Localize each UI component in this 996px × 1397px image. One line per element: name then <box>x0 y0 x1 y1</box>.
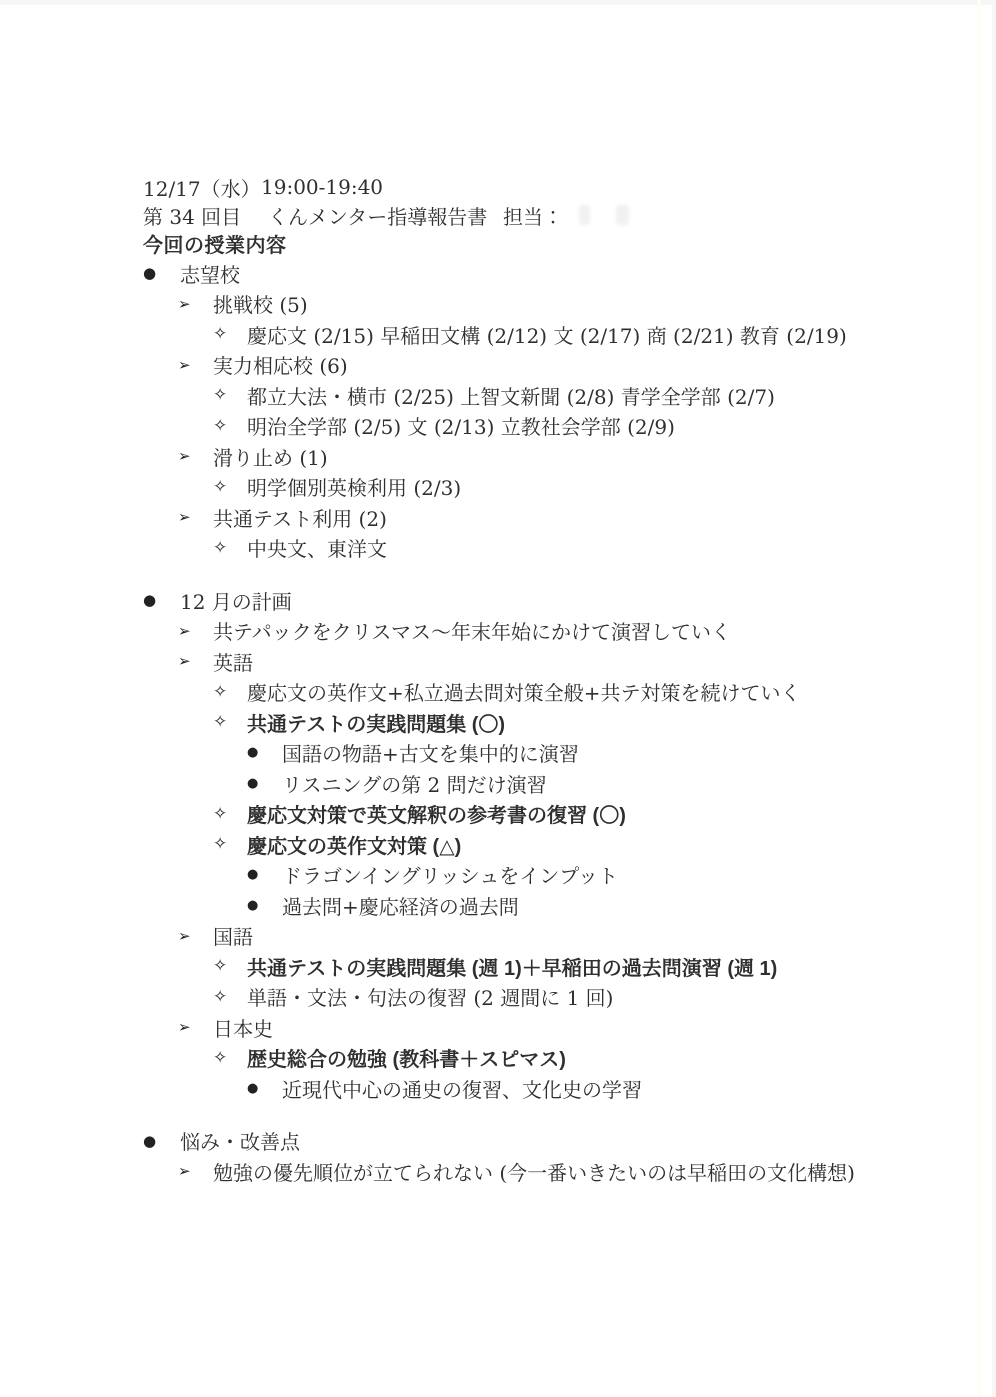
outline-item: ✧慶応文対策で英文解釈の参考書の復習 (〇) <box>143 799 973 830</box>
document-page: { "document": { "date": "12/17（水）", "tim… <box>0 0 996 1397</box>
report-title: くんメンター指導報告書 <box>268 201 503 230</box>
outline-item: ●志望校 <box>143 258 973 289</box>
diamond-bullet-icon: ✧ <box>213 834 247 854</box>
outline-item: ➢勉強の優先順位が立てられない (今一番いきたいのは早稲田の文化構想) <box>143 1156 973 1187</box>
outline-item-text: 勉強の優先順位が立てられない (今一番いきたいのは早稲田の文化構想) <box>213 1157 855 1186</box>
redacted-staff-name <box>579 205 590 225</box>
outline-item: ●12 月の計画 <box>143 585 973 616</box>
outline-item: ✧慶応文 (2/15) 早稲田文構 (2/12) 文 (2/17) 商 (2/2… <box>143 319 973 350</box>
scan-right-warm-line <box>977 0 981 1397</box>
outline-item-text: ドラゴンイングリッシュをインプット <box>282 860 618 889</box>
disc-bullet-icon: ● <box>143 591 180 609</box>
diamond-bullet-icon: ✧ <box>213 416 247 436</box>
outline-item-text: 慶応文の英作文+私立過去問対策全般+共テ対策を続けていく <box>247 677 801 706</box>
outline-item-text: 慶応文の英作文対策 (△) <box>247 830 461 859</box>
outline-item: ✧明治全学部 (2/5) 文 (2/13) 立教社会学部 (2/9) <box>143 411 973 442</box>
outline-item: ●近現代中心の通史の復習、文化史の学習 <box>143 1073 973 1104</box>
report-content: 12/17（水） 19:00-19:40 第 34 回目 くんメンター指導報告書… <box>143 173 973 1187</box>
outline-item: ✧歴史総合の勉強 (教科書＋スピマス) <box>143 1043 973 1074</box>
outline-item: ➢滑り止め (1) <box>143 441 973 472</box>
session-number: 第 34 回目 <box>143 201 268 230</box>
staff-label: 担当： <box>503 201 563 230</box>
outline-item: ✧共通テストの実践問題集 (週 1)＋早稲田の過去問演習 (週 1) <box>143 951 973 982</box>
diamond-bullet-icon: ✧ <box>213 804 247 824</box>
outline-item-text: 共通テストの実践問題集 (週 1)＋早稲田の過去問演習 (週 1) <box>247 952 777 981</box>
disc-bullet-icon: ● <box>143 264 180 282</box>
disc-bullet-icon: ● <box>247 776 282 791</box>
arrow-bullet-icon: ➢ <box>178 295 213 313</box>
arrow-bullet-icon: ➢ <box>178 1018 213 1036</box>
diamond-bullet-icon: ✧ <box>213 712 247 732</box>
arrow-bullet-icon: ➢ <box>178 356 213 374</box>
diamond-bullet-icon: ✧ <box>213 538 247 558</box>
outline-item-text: 日本史 <box>213 1013 273 1042</box>
title-line: 第 34 回目 くんメンター指導報告書 担当： <box>143 201 973 229</box>
outline-item-text: 近現代中心の通史の復習、文化史の学習 <box>282 1074 642 1103</box>
outline-item: ●国語の物語+古文を集中的に演習 <box>143 738 973 769</box>
outline-item-text: 共通テストの実践問題集 (〇) <box>247 708 505 737</box>
outline-item-text: 明学個別英検利用 (2/3) <box>247 472 461 501</box>
diamond-bullet-icon: ✧ <box>213 324 247 344</box>
outline-item-text: 実力相応校 (6) <box>213 350 348 379</box>
outline-item: ➢挑戦校 (5) <box>143 289 973 320</box>
arrow-bullet-icon: ➢ <box>178 652 213 670</box>
outline-item: ➢英語 <box>143 646 973 677</box>
diamond-bullet-icon: ✧ <box>213 477 247 497</box>
outline-item: ●ドラゴンイングリッシュをインプット <box>143 860 973 891</box>
section-title: 今回の授業内容 <box>143 229 973 257</box>
outline-item: ✧明学個別英検利用 (2/3) <box>143 472 973 503</box>
outline-item: ➢日本史 <box>143 1012 973 1043</box>
arrow-bullet-icon: ➢ <box>178 1162 213 1180</box>
scan-top-edge <box>0 0 996 5</box>
disc-bullet-icon: ● <box>247 898 282 913</box>
arrow-bullet-icon: ➢ <box>178 622 213 640</box>
outline-item: ●リスニングの第 2 問だけ演習 <box>143 768 973 799</box>
outline: ●志望校➢挑戦校 (5)✧慶応文 (2/15) 早稲田文構 (2/12) 文 (… <box>143 258 973 1187</box>
scan-right-edge <box>992 0 996 1397</box>
diamond-bullet-icon: ✧ <box>213 956 247 976</box>
outline-item: ✧中央文、東洋文 <box>143 533 973 564</box>
disc-bullet-icon: ● <box>247 867 282 882</box>
outline-item: ●悩み・改善点 <box>143 1126 973 1157</box>
diamond-bullet-icon: ✧ <box>213 385 247 405</box>
date-time-line: 12/17（水） 19:00-19:40 <box>143 173 973 201</box>
outline-item-text: 慶応文対策で英文解釈の参考書の復習 (〇) <box>247 799 626 828</box>
outline-item: ➢実力相応校 (6) <box>143 350 973 381</box>
outline-item: ✧共通テストの実践問題集 (〇) <box>143 707 973 738</box>
diamond-bullet-icon: ✧ <box>213 987 247 1007</box>
outline-item-text: 12 月の計画 <box>180 586 292 615</box>
outline-item-text: 過去問+慶応経済の過去問 <box>282 891 519 920</box>
outline-item: ➢共通テスト利用 (2) <box>143 502 973 533</box>
outline-item: ✧慶応文の英作文+私立過去問対策全般+共テ対策を続けていく <box>143 677 973 708</box>
outline-item-text: 共通テスト利用 (2) <box>213 503 387 532</box>
outline-item: ●過去問+慶応経済の過去問 <box>143 890 973 921</box>
outline-item-text: リスニングの第 2 問だけ演習 <box>282 769 547 798</box>
report-date: 12/17（水） <box>143 173 261 202</box>
arrow-bullet-icon: ➢ <box>178 447 213 465</box>
outline-item-text: 滑り止め (1) <box>213 442 328 471</box>
report-time: 19:00-19:40 <box>261 175 383 199</box>
diamond-bullet-icon: ✧ <box>213 1048 247 1068</box>
redacted-staff-name <box>616 205 629 225</box>
diamond-bullet-icon: ✧ <box>213 682 247 702</box>
disc-bullet-icon: ● <box>143 1132 180 1150</box>
outline-item-text: 歴史総合の勉強 (教科書＋スピマス) <box>247 1043 566 1072</box>
outline-item-text: 英語 <box>213 647 253 676</box>
arrow-bullet-icon: ➢ <box>178 927 213 945</box>
outline-item-text: 明治全学部 (2/5) 文 (2/13) 立教社会学部 (2/9) <box>247 411 675 440</box>
outline-item: ➢国語 <box>143 921 973 952</box>
outline-item-text: 国語 <box>213 921 253 950</box>
outline-item-text: 単語・文法・句法の復習 (2 週間に 1 回) <box>247 982 613 1011</box>
disc-bullet-icon: ● <box>247 1081 282 1096</box>
disc-bullet-icon: ● <box>247 745 282 760</box>
outline-item-text: 悩み・改善点 <box>180 1126 300 1155</box>
outline-item-text: 共テパックをクリスマス～年末年始にかけて演習していく <box>213 616 731 645</box>
outline-item-text: 慶応文 (2/15) 早稲田文構 (2/12) 文 (2/17) 商 (2/21… <box>247 320 847 349</box>
outline-item: ➢共テパックをクリスマス～年末年始にかけて演習していく <box>143 616 973 647</box>
outline-item: ✧単語・文法・句法の復習 (2 週間に 1 回) <box>143 982 973 1013</box>
outline-item-text: 国語の物語+古文を集中的に演習 <box>282 738 579 767</box>
outline-item: ✧慶応文の英作文対策 (△) <box>143 829 973 860</box>
outline-item-text: 志望校 <box>180 259 240 288</box>
outline-item-text: 都立大法・横市 (2/25) 上智文新聞 (2/8) 青学全学部 (2/7) <box>247 381 775 410</box>
outline-item: ✧都立大法・横市 (2/25) 上智文新聞 (2/8) 青学全学部 (2/7) <box>143 380 973 411</box>
outline-item-text: 中央文、東洋文 <box>247 533 387 562</box>
arrow-bullet-icon: ➢ <box>178 508 213 526</box>
outline-item-text: 挑戦校 (5) <box>213 289 308 318</box>
